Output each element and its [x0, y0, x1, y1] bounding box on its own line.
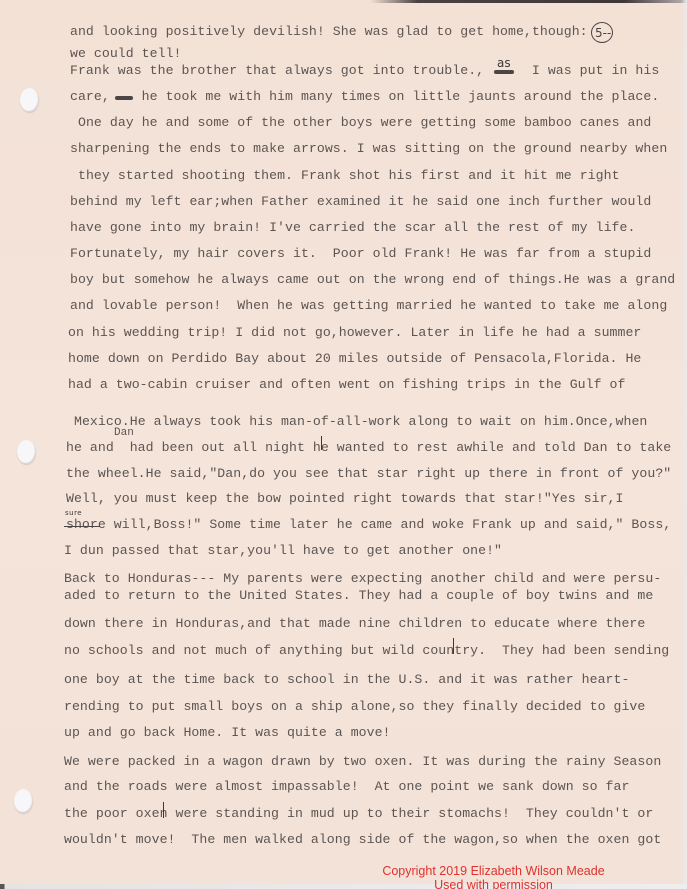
- text-line: down there in Honduras,and that made nin…: [64, 616, 645, 632]
- strikeout-mark: [64, 526, 100, 527]
- text-line: I dun passed that star,you'll have to ge…: [64, 543, 502, 559]
- text-line: had a two-cabin cruiser and often went o…: [68, 377, 625, 393]
- text-line: have gone into my brain! I've carried th…: [70, 220, 635, 236]
- strikeout-mark: [494, 70, 514, 74]
- permission-notice: Used with permission: [350, 878, 637, 889]
- text-line: shore will,Boss!" Some time later he cam…: [66, 517, 671, 533]
- text-line: boy but somehow he always came out on th…: [70, 272, 675, 288]
- text-line: up and go back Home. It was quite a move…: [64, 725, 391, 741]
- text-line: and the roads were almost impassable! At…: [64, 779, 629, 795]
- text-line: home down on Perdido Bay about 20 miles …: [68, 351, 641, 367]
- scan-right-edge: [681, 0, 687, 889]
- typewritten-page: 5-- and looking positively devilish! She…: [0, 0, 687, 889]
- text-line: One day he and some of the other boys we…: [78, 115, 651, 131]
- handwritten-insert-as: as: [497, 56, 511, 70]
- text-line: sharpening the ends to make arrows. I wa…: [70, 141, 667, 157]
- text-line: no schools and not much of anything but …: [64, 643, 669, 659]
- text-line: care, he took me with him many times on …: [70, 89, 659, 105]
- binder-hole-icon: [20, 88, 39, 112]
- text-line: one boy at the time back to school in th…: [64, 672, 629, 688]
- typed-insert-dan: Dan: [114, 427, 134, 439]
- text-line: on his wedding trip! I did not go,howeve…: [68, 325, 641, 341]
- text-line: and lovable person! When he was getting …: [70, 298, 667, 314]
- copyright-notice: Copyright 2019 Elizabeth Wilson Meade: [350, 864, 637, 878]
- text-line: Mexico.He always took his man-of-all-wor…: [74, 414, 647, 430]
- text-line: the poor oxen were standing in mud up to…: [64, 806, 653, 822]
- text-line: rending to put small boys on a ship alon…: [64, 699, 645, 715]
- insertion-mark: [453, 638, 454, 654]
- text-line: we could tell!: [70, 46, 182, 62]
- handwritten-insert-sure: sure: [65, 509, 82, 517]
- text-line: behind my left ear;when Father examined …: [70, 194, 651, 210]
- page-number-circled: 5--: [591, 22, 613, 43]
- text-line: Fortunately, my hair covers it. Poor old…: [70, 246, 651, 262]
- text-line: wouldn't move! The men walked along side…: [64, 832, 661, 848]
- insertion-mark: [163, 802, 164, 818]
- text-line: he and had been out all night he wanted …: [66, 440, 671, 456]
- binder-hole-icon: [14, 789, 33, 813]
- text-line: and looking positively devilish! She was…: [70, 24, 588, 40]
- text-line: We were packed in a wagon drawn by two o…: [64, 754, 661, 770]
- insertion-mark: [321, 436, 322, 450]
- text-line: Back to Honduras--- My parents were expe…: [64, 571, 661, 587]
- strikeout-mark: [115, 96, 133, 100]
- text-line: aded to return to the United States. The…: [64, 588, 653, 604]
- text-line: the wheel.He said,"Dan,do you see that s…: [66, 466, 671, 482]
- scan-top-edge: [370, 0, 687, 3]
- text-line: Frank was the brother that always got in…: [70, 63, 659, 79]
- binder-hole-icon: [17, 440, 36, 464]
- text-line: they started shooting them. Frank shot h…: [78, 168, 620, 184]
- text-line: Well, you must keep the bow pointed righ…: [66, 491, 623, 507]
